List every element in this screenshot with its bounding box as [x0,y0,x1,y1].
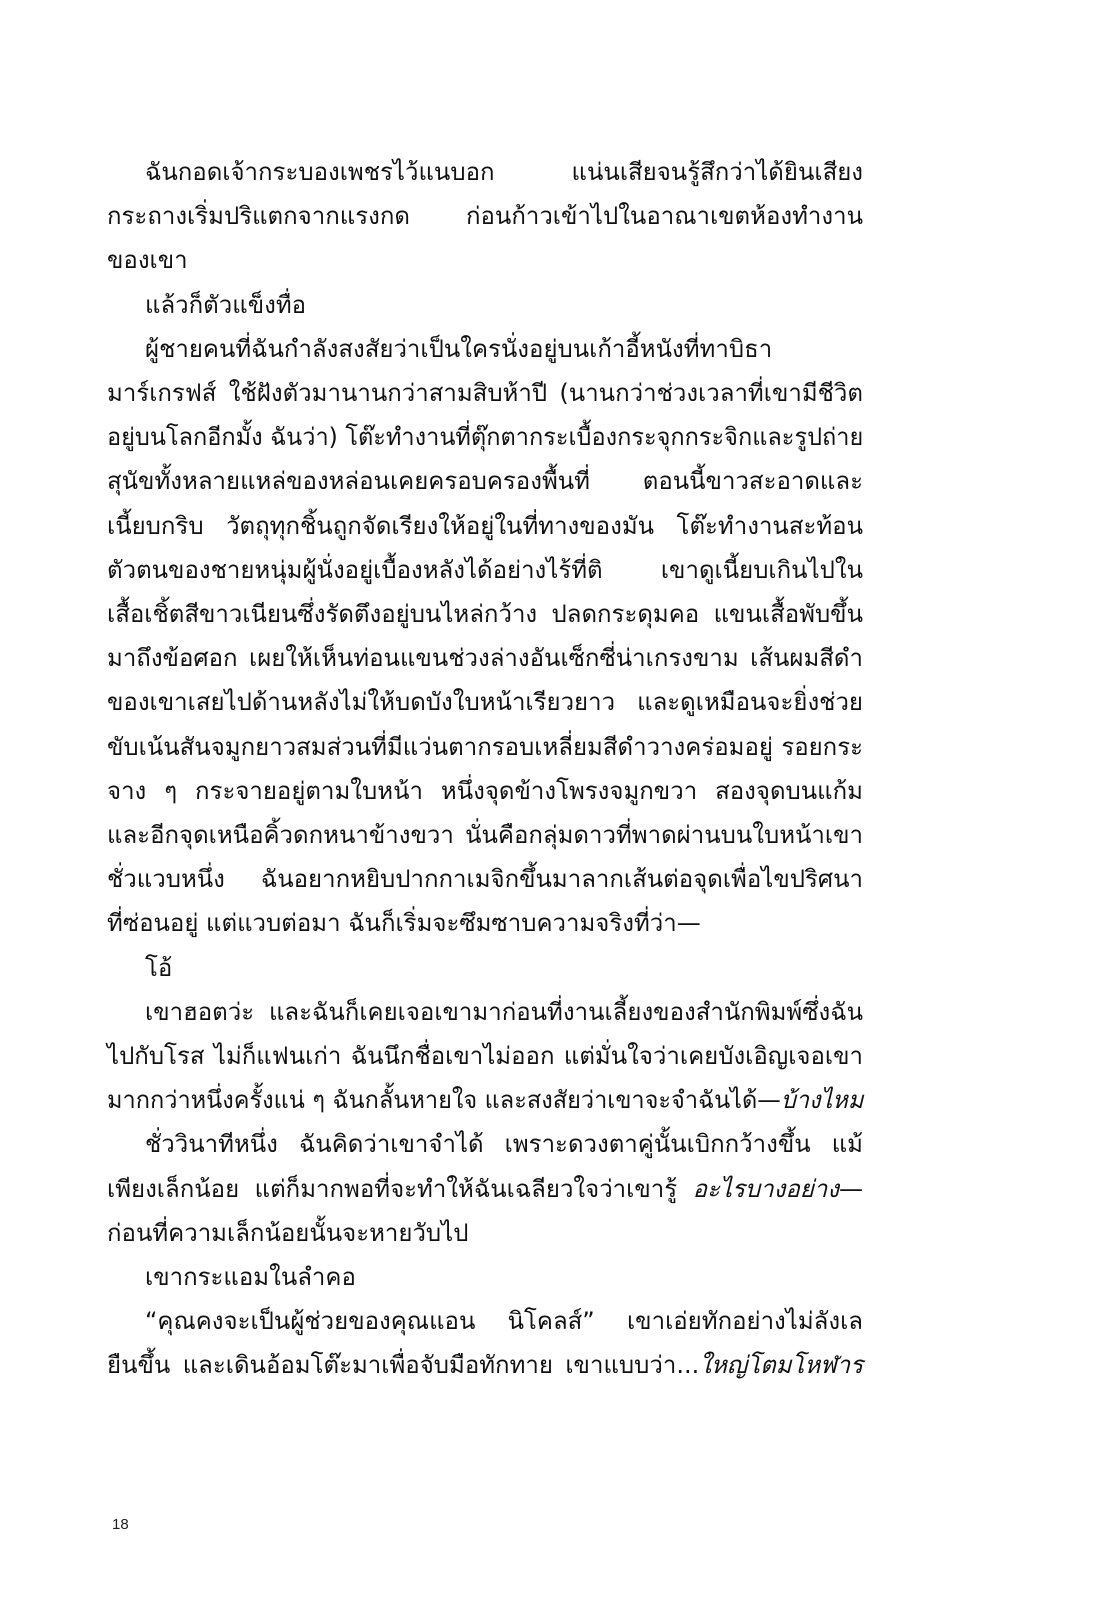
text-line: ของเขาเสยไปด้านหลังไม่ให้บดบังใบหน้าเรีย… [107,680,863,724]
page-number: 18 [112,1516,129,1533]
text-run: เพียงเล็กน้อย แต่ก็มากพอที่จะทำให้ฉันเฉล… [107,1175,693,1203]
text-line: ที่ซ่อนอยู่ แต่แวบต่อมา ฉันก็เริ่มจะซึมซ… [107,901,701,945]
text-line: ยืนขึ้น และเดินอ้อมโต๊ะมาเพื่อจับมือทักท… [107,1343,863,1387]
text-line: กระถางเริ่มปริแตกจากแรงกด ก่อนก้าวเข้าไป… [107,194,863,238]
text-line: ขับเน้นสันจมูกยาวสมส่วนที่มีแว่นตากรอบเห… [107,725,863,769]
text-line: “คุณคงจะเป็นผู้ช่วยของคุณแอน นิโคลส์” เข… [145,1299,863,1343]
text-line: เนี้ยบกริบ วัตถุทุกชิ้นถูกจัดเรียงให้อยู… [107,504,863,548]
text-run: มากกว่าหนึ่งครั้งแน่ ๆ ฉันกลั้นหายใจ และ… [107,1086,781,1114]
italic-text: อะไรบางอย่าง [693,1175,839,1203]
text-line: ไปกับโรส ไม่ก็แฟนเก่า ฉันนึกชื่อเขาไม่ออ… [107,1034,863,1078]
text-line: ฉันกอดเจ้ากระบองเพชรไว้แนบอก แน่นเสียจนร… [145,150,863,194]
text-line: และอีกจุดเหนือคิ้วดกหนาข้างขวา นั่นคือกล… [107,813,863,857]
text-line: อยู่บนโลกอีกมั้ง ฉันว่า) โต๊ะทำงานที่ตุ๊… [107,415,848,459]
text-line: เพียงเล็กน้อย แต่ก็มากพอที่จะทำให้ฉันเฉล… [107,1167,863,1211]
text-line: ตัวตนของชายหนุ่มผู้นั่งอยู่เบื้องหลังได้… [107,548,863,592]
text-line: เสื้อเชิ้ตสีขาวเนียนซึ่งรัดตึงอยู่บนไหล่… [107,592,863,636]
text-line: ชั่ววินาทีหนึ่ง ฉันคิดว่าเขาจำได้ เพราะด… [145,1122,863,1166]
text-line: ชั่วแวบหนึ่ง ฉันอยากหยิบปากกาเมจิกขึ้นมา… [107,857,863,901]
text-run: — [839,1175,863,1203]
text-run: ยืนขึ้น และเดินอ้อมโต๊ะมาเพื่อจับมือทักท… [107,1351,699,1379]
text-line: มาถึงข้อศอก เผยให้เห็นท่อนแขนช่วงล่างอัน… [107,636,863,680]
italic-text: บ้างไหม [781,1086,864,1114]
text-line: สุนัขทั้งหลายแหล่ของหล่อนเคยครอบครองพื้น… [107,459,863,503]
text-line: มาร์เกรฟส์ ใช้ฝังตัวมานานกว่าสามสิบห้าปี… [107,371,863,415]
text-line: ก่อนที่ความเล็กน้อยนั้นจะหายวับไป [107,1211,468,1255]
text-line: ของเขา [107,238,188,282]
text-line: จาง ๆ กระจายอยู่ตามใบหน้า หนึ่งจุดข้างโพ… [107,769,863,813]
italic-text: ใหญ่โตมโหฬาร [699,1351,863,1379]
text-line: แล้วก็ตัวแข็งทื่อ [145,283,306,327]
text-line: เขากระแอมในลำคอ [145,1255,356,1299]
text-line: เขาฮอตว่ะ และฉันก็เคยเจอเขามาก่อนที่งานเ… [145,990,863,1034]
text-line: โอ้ [145,946,172,990]
text-line: ผู้ชายคนที่ฉันกำลังสงสัยว่าเป็นใครนั่งอย… [145,327,863,371]
text-line: มากกว่าหนึ่งครั้งแน่ ๆ ฉันกลั้นหายใจ และ… [107,1078,848,1122]
